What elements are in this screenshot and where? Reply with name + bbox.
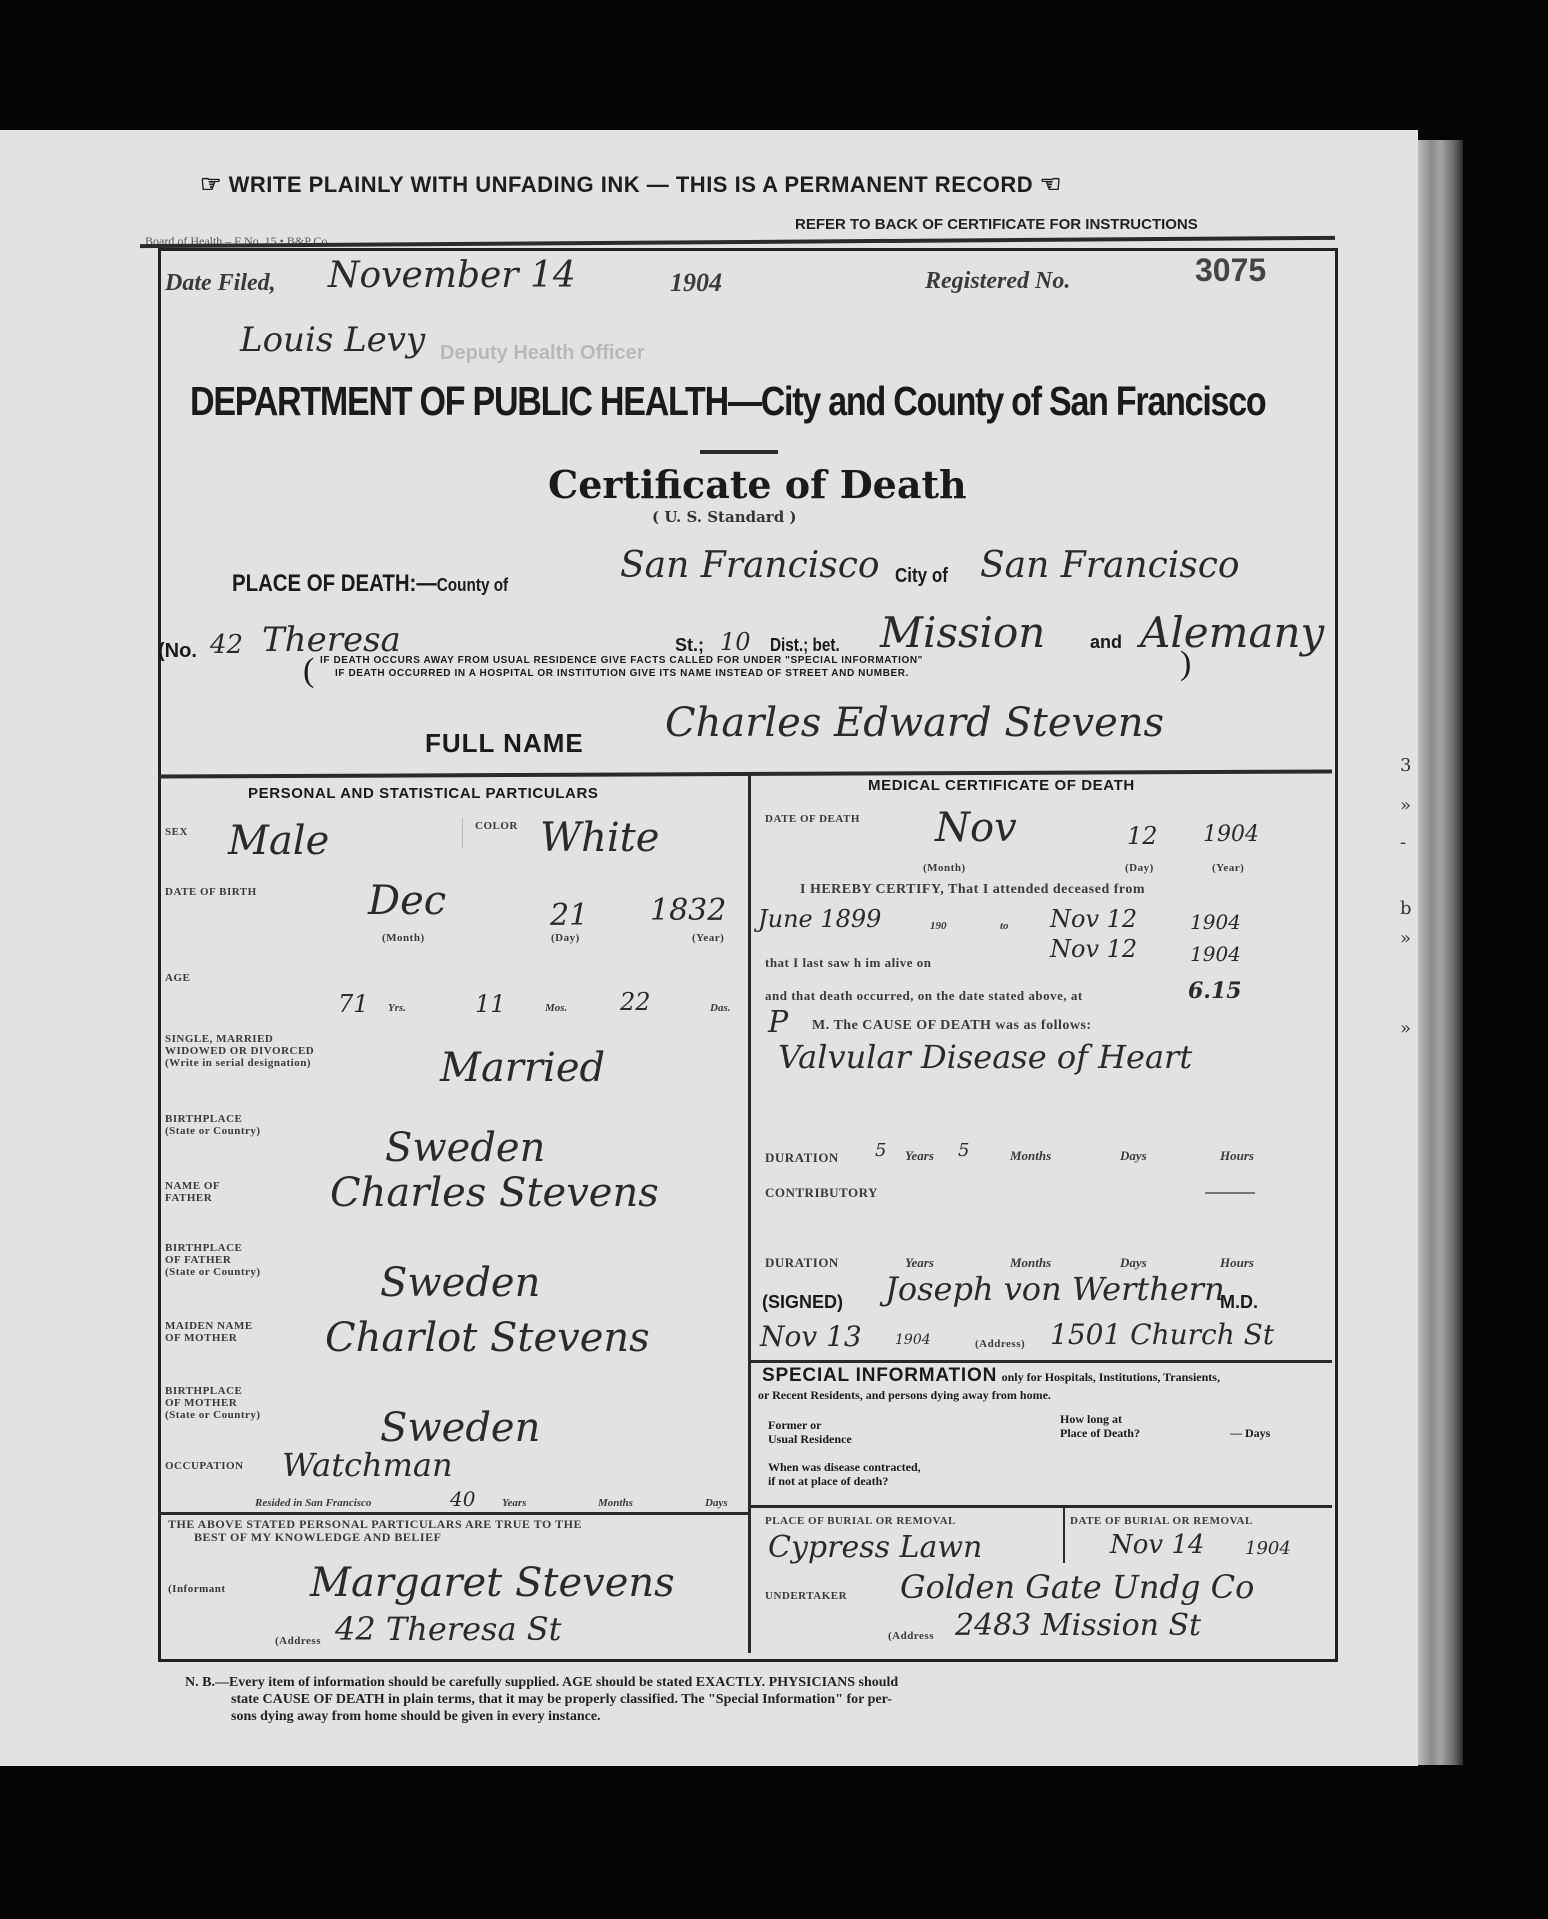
city-label: City of — [895, 565, 948, 588]
last-saw-date: Nov 12 — [1050, 935, 1137, 963]
place-note-close-paren: ) — [1180, 645, 1191, 683]
dob-label: DATE OF BIRTH — [165, 886, 257, 898]
place-of-death-text: PLACE OF DEATH:— — [232, 570, 437, 597]
age-days: 22 — [620, 988, 651, 1016]
marital-label: SINGLE, MARRIED WIDOWED OR DIVORCED (Wri… — [165, 1033, 314, 1069]
death-occurred-text: and that death occurred, on the date sta… — [765, 988, 1083, 1004]
special-heading-line2: or Recent Residents, and persons dying a… — [758, 1388, 1051, 1403]
duration2-hours-label: Hours — [1220, 1255, 1254, 1271]
dod-day: 12 — [1127, 822, 1158, 850]
pointing-hand-right-icon: ☞ — [200, 171, 222, 198]
how-long-label-line: How long at — [1060, 1412, 1140, 1426]
between-street-1: Mission — [880, 608, 1045, 657]
mother-label: MAIDEN NAME OF MOTHER — [165, 1320, 253, 1344]
burial-place-label: PLACE OF BURIAL OR REMOVAL — [765, 1515, 956, 1527]
dept-underline — [700, 450, 778, 454]
duration-days-label: Days — [1120, 1148, 1147, 1164]
last-saw-year: 1904 — [1190, 942, 1241, 966]
undertaker-label: UNDERTAKER — [765, 1590, 847, 1602]
st-label: St.; — [675, 635, 704, 656]
mother-label-line: OF MOTHER — [165, 1332, 253, 1344]
dod-year: 1904 — [1203, 822, 1259, 847]
duration2-years-label: Years — [905, 1255, 934, 1271]
place-note-open-paren: ( — [303, 652, 314, 690]
district-number: 10 — [720, 628, 751, 656]
dod-month: Nov — [935, 805, 1017, 851]
father-bp-label-line: OF FATHER — [165, 1254, 261, 1266]
contributory-dash — [1205, 1192, 1255, 1194]
undertaker-address-label: (Address — [888, 1630, 934, 1642]
birthplace-label-line: (State or Country) — [165, 1125, 261, 1137]
date-filed-label: Date Filed, — [165, 270, 276, 297]
department-name: DEPARTMENT OF PUBLIC HEALTH — [190, 378, 728, 424]
certify-text: I HEREBY CERTIFY, That I attended deceas… — [800, 882, 1145, 898]
mother-bp-label-line: (State or Country) — [165, 1409, 261, 1421]
duration-years-label: Years — [905, 1148, 934, 1164]
burial-date-label: DATE of BURIAL or REMOVAL — [1070, 1515, 1253, 1527]
former-residence-label: Former or Usual Residence — [768, 1418, 852, 1446]
contracted-label: When was disease contracted, if not at p… — [768, 1460, 921, 1488]
father-label: NAME OF FATHER — [165, 1180, 220, 1204]
department-jurisdiction: —City and County of San Francisco — [728, 378, 1266, 424]
mother-bp-label-line: BIRTHPLACE — [165, 1385, 261, 1397]
date-filed-value: November 14 — [328, 255, 576, 296]
md-label: M.D. — [1220, 1292, 1258, 1313]
binding-mark: 3 — [1400, 755, 1411, 776]
informant-address-label: (Address — [275, 1635, 321, 1647]
physician-signature: Joseph von Werthern — [885, 1270, 1225, 1308]
dob-day-label: (Day) — [551, 932, 580, 944]
resided-months-label: Months — [598, 1497, 633, 1509]
registrar-signature: Louis Levy — [240, 320, 425, 360]
special-divider — [750, 1360, 1332, 1363]
duration2-label: DURATION — [765, 1255, 839, 1271]
pointing-hand-left-icon: ☜ — [1040, 171, 1062, 198]
time-of-death: 6.15 — [1188, 978, 1242, 1004]
special-heading: SPECIAL INFORMATION — [762, 1365, 997, 1386]
duration-years: 5 — [875, 1140, 886, 1161]
sex-value: Male — [228, 818, 329, 864]
father-birthplace-value: Sweden — [380, 1260, 540, 1306]
cause-of-death: Valvular Disease of Heart — [778, 1038, 1192, 1076]
dob-day: 21 — [550, 898, 588, 933]
street-no-label: (No. — [158, 640, 197, 663]
certificate-subtitle: ( U. S. Standard ) — [652, 508, 797, 526]
contracted-label-line: if not at place of death? — [768, 1474, 921, 1488]
dod-day-label: (Day) — [1125, 862, 1154, 874]
burial-date-year: 1904 — [1245, 1538, 1291, 1559]
dod-month-label: (Month) — [923, 862, 966, 874]
resided-years-label: Years — [502, 1497, 526, 1509]
resided-label: Resided in San Francisco — [255, 1497, 371, 1509]
certificate-title: Certificate of Death — [548, 462, 967, 507]
duration-months-label: Months — [1010, 1148, 1051, 1164]
informant-label: (Informant — [168, 1583, 226, 1595]
dob-year-label: (Year) — [692, 932, 724, 944]
mother-birthplace-value: Sweden — [380, 1405, 540, 1451]
footnote-line: state CAUSE OF DEATH in plain terms, tha… — [185, 1691, 898, 1708]
binding-mark: b — [1400, 898, 1412, 919]
age-days-label: Das. — [710, 1002, 730, 1014]
binding-marks: 3 » - b » » — [1400, 300, 1418, 1400]
duration-months: 5 — [958, 1140, 969, 1161]
registered-number: 3075 — [1195, 252, 1266, 289]
informant-address: 42 Theresa St — [335, 1610, 561, 1648]
to-label: to — [1000, 920, 1009, 932]
special-heading-row: SPECIAL INFORMATION only for Hospitals, … — [762, 1365, 1220, 1387]
father-value: Charles Stevens — [330, 1170, 659, 1216]
street-number: 42 — [210, 630, 243, 660]
signed-date: Nov 13 — [760, 1320, 862, 1353]
resided-days-label: Days — [705, 1497, 728, 1509]
dod-year-label: (Year) — [1212, 862, 1244, 874]
banner-text: WRITE PLAINLY WITH UNFADING INK — THIS I… — [229, 172, 1034, 197]
informant-statement-line: BEST OF MY KNOWLEDGE AND BELIEF — [168, 1531, 582, 1544]
binding-strip — [1418, 140, 1463, 1765]
duration-hours-label: Hours — [1220, 1148, 1254, 1164]
footnote-line: sons dying away from home should be give… — [185, 1708, 898, 1725]
dob-month: Dec — [368, 878, 446, 924]
binding-mark: » — [1400, 1018, 1411, 1039]
and-label: and — [1090, 632, 1122, 653]
former-label-line: Former or — [768, 1418, 852, 1432]
personal-heading: PERSONAL AND STATISTICAL PARTICULARS — [248, 785, 599, 802]
marital-label-line: WIDOWED OR DIVORCED — [165, 1045, 314, 1057]
undertaker-value: Golden Gate Undg Co — [900, 1568, 1254, 1606]
sex-color-divider — [462, 818, 463, 848]
father-label-line: NAME OF — [165, 1180, 220, 1192]
footnote-line: N. B.—Every item of information should b… — [185, 1674, 898, 1691]
attended-to-year: 1904 — [1190, 910, 1241, 934]
place-note-line-1: IF DEATH OCCURS AWAY FROM USUAL RESIDENC… — [320, 655, 923, 666]
birthplace-value: Sweden — [385, 1125, 545, 1171]
informant-divider — [158, 1512, 750, 1515]
special-heading-rest: only for Hospitals, Institutions, Transi… — [1002, 1370, 1220, 1384]
age-label: AGE — [165, 972, 190, 984]
marital-value: Married — [440, 1045, 605, 1091]
duration2-days-label: Days — [1120, 1255, 1147, 1271]
father-bp-label-line: BIRTHPLACE — [165, 1242, 261, 1254]
father-bp-label-line: (State or Country) — [165, 1266, 261, 1278]
mother-birthplace-label: BIRTHPLACE OF MOTHER (State or Country) — [165, 1385, 261, 1421]
county-value: San Francisco — [620, 545, 880, 586]
how-long-label: How long at Place of Death? — [1060, 1412, 1140, 1440]
birthplace-label: BIRTHPLACE (State or Country) — [165, 1113, 261, 1137]
age-years-label: Yrs. — [388, 1002, 406, 1014]
age-months: 11 — [475, 990, 506, 1018]
attended-to: Nov 12 — [1050, 905, 1137, 933]
color-label: COLOR — [475, 820, 518, 832]
between-street-2: Alemany — [1140, 608, 1324, 657]
informant-statement: THE ABOVE STATED PERSONAL PARTICULARS AR… — [168, 1518, 582, 1544]
physician-address: 1501 Church St — [1050, 1318, 1274, 1351]
marital-label-line: SINGLE, MARRIED — [165, 1033, 314, 1045]
former-label-line: Usual Residence — [768, 1432, 852, 1446]
county-label: County of — [437, 575, 508, 595]
dob-month-label: (Month) — [382, 932, 425, 944]
physician-address-label: (Address) — [975, 1338, 1025, 1350]
attended-from-suffix: 190 — [930, 920, 947, 932]
occupation-label: OCCUPATION — [165, 1460, 244, 1472]
duration2-months-label: Months — [1010, 1255, 1051, 1271]
color-value: White — [540, 815, 659, 861]
binding-mark: » — [1400, 795, 1411, 816]
instructions-ref: REFER TO BACK OF CERTIFICATE FOR INSTRUC… — [795, 216, 1198, 233]
mother-label-line: MAIDEN NAME — [165, 1320, 253, 1332]
banner: ☞ WRITE PLAINLY WITH UNFADING INK — THIS… — [200, 170, 1062, 199]
binding-mark: » — [1400, 928, 1411, 949]
days-label: — Days — [1230, 1426, 1270, 1441]
father-birthplace-label: BIRTHPLACE OF FATHER (State or Country) — [165, 1242, 261, 1278]
signed-year: 1904 — [895, 1332, 931, 1348]
last-saw-text: that I last saw h im alive on — [765, 955, 932, 971]
place-note-line-2: IF DEATH OCCURRED IN A HOSPITAL OR INSTI… — [335, 668, 909, 679]
cause-label: M. The CAUSE OF DEATH was as follows: — [812, 1018, 1092, 1034]
binding-mark: - — [1400, 832, 1406, 853]
attended-from: June 1899 — [758, 905, 881, 933]
father-label-line: FATHER — [165, 1192, 220, 1204]
how-long-label-line: Place of Death? — [1060, 1426, 1140, 1440]
department-title: DEPARTMENT OF PUBLIC HEALTH—City and Cou… — [190, 378, 1265, 425]
district-label: Dist.; bet. — [770, 635, 840, 656]
mother-bp-label-line: OF MOTHER — [165, 1397, 261, 1409]
marital-label-line: (Write in serial designation) — [165, 1057, 314, 1069]
sex-label: SEX — [165, 826, 188, 838]
age-months-label: Mos. — [545, 1002, 567, 1014]
full-name-value: Charles Edward Stevens — [665, 700, 1164, 746]
am-pm-marker: P — [768, 1005, 788, 1040]
registrar-stamp: Deputy Health Officer — [440, 342, 644, 365]
duration-label: DURATION — [765, 1150, 839, 1166]
resided-years: 40 — [450, 1487, 475, 1511]
burial-column-divider — [1063, 1508, 1065, 1563]
registered-label: Registered No. — [925, 268, 1070, 295]
medical-heading: MEDICAL CERTIFICATE OF DEATH — [868, 777, 1135, 794]
footnote: N. B.—Every item of information should b… — [185, 1674, 898, 1725]
undertaker-address: 2483 Mission St — [955, 1608, 1201, 1643]
burial-date-value: Nov 14 — [1110, 1530, 1204, 1560]
full-name-label: FULL NAME — [425, 728, 584, 759]
signed-label: (SIGNED) — [762, 1292, 843, 1313]
age-years: 71 — [338, 990, 369, 1018]
contributory-label: CONTRIBUTORY — [765, 1185, 878, 1201]
date-filed-year: 1904 — [670, 268, 722, 298]
burial-place-value: Cypress Lawn — [768, 1530, 982, 1565]
city-value: San Francisco — [980, 545, 1240, 586]
occupation-value: Watchman — [282, 1446, 453, 1484]
birthplace-label-line: BIRTHPLACE — [165, 1113, 261, 1125]
contracted-label-line: When was disease contracted, — [768, 1460, 921, 1474]
dob-year: 1832 — [650, 893, 726, 928]
burial-divider — [750, 1505, 1332, 1508]
street-name: Theresa — [262, 620, 401, 660]
place-of-death-label: PLACE OF DEATH:—County of — [232, 570, 508, 598]
informant-name: Margaret Stevens — [310, 1560, 675, 1606]
dod-label: DATE OF DEATH — [765, 813, 860, 825]
column-divider — [748, 775, 751, 1653]
mother-value: Charlot Stevens — [325, 1315, 650, 1361]
